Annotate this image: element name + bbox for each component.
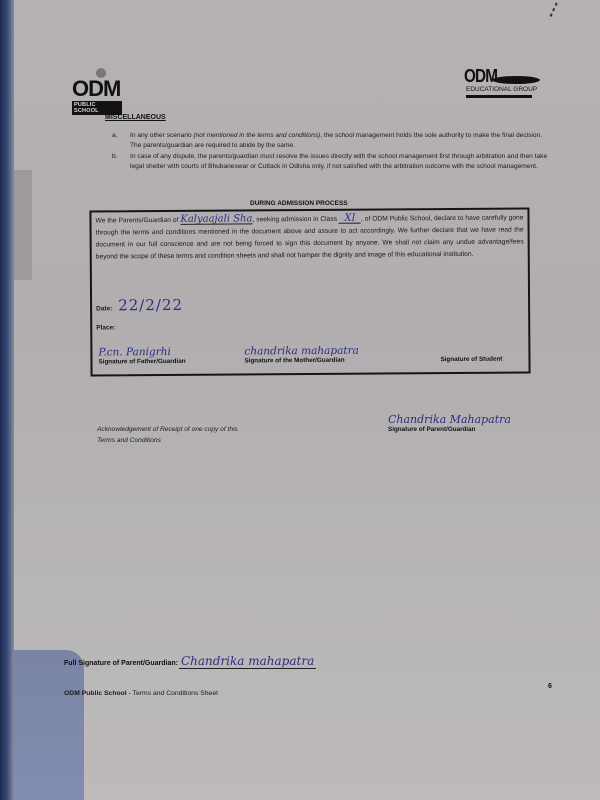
declaration-prefix: We the Parents/Guardian of bbox=[95, 217, 180, 225]
acknowledgement-signature-block: Chandrika Mahapatra Signature of Parent/… bbox=[388, 413, 511, 433]
miscellaneous-list: a. In any other scenario (not mentioned … bbox=[112, 131, 552, 173]
declaration-text: We the Parents/Guardian of Kalyaajali Sh… bbox=[95, 213, 523, 264]
date-field[interactable]: 22/2/22 bbox=[118, 296, 183, 314]
date-label: Date: bbox=[96, 305, 112, 312]
list-marker: a. bbox=[112, 131, 118, 141]
odm-educational-group-logo: ODM EDUCATIONAL GROUP bbox=[464, 66, 554, 110]
logo-right-name: ODM bbox=[464, 66, 497, 87]
date-row: Date: 22/2/22 bbox=[96, 296, 183, 315]
acknowledgement-text: Acknowledgement of Receipt of one copy o… bbox=[97, 424, 257, 446]
footer-org: ODM Public School bbox=[64, 690, 127, 697]
document-page bbox=[14, 0, 600, 800]
logo-tagline-bar bbox=[466, 95, 532, 98]
odm-public-school-logo: ODM PUBLIC SCHOOL bbox=[72, 68, 122, 112]
runner-swoosh-icon bbox=[492, 76, 540, 84]
father-signature-label: Signature of Father/Guardian bbox=[98, 358, 185, 366]
section-heading-miscellaneous: MISCELLANEOUS bbox=[105, 114, 166, 121]
logo-left-name: ODM bbox=[72, 76, 120, 102]
full-signature-row: Full Signature of Parent/Guardian:Chandr… bbox=[64, 654, 316, 669]
page-edge-tab bbox=[14, 170, 32, 280]
shadow bbox=[14, 650, 84, 800]
mother-signature[interactable]: chandrika mahapatra bbox=[244, 345, 359, 358]
full-signature-label: Full Signature of Parent/Guardian: bbox=[64, 660, 178, 667]
footer: ODM Public School - Terms and Conditions… bbox=[64, 690, 218, 697]
class-field[interactable]: XI bbox=[339, 214, 361, 224]
section-heading-admission: DURING ADMISSION PROCESS bbox=[250, 200, 348, 207]
acknowledgement-signature[interactable]: Chandrika Mahapatra bbox=[388, 413, 511, 426]
mother-signature-label: Signature of the Mother/Guardian bbox=[244, 357, 344, 365]
list-text: In any other scenario bbox=[130, 132, 193, 139]
student-signature-label: Signature of Student bbox=[440, 356, 502, 363]
father-signature[interactable]: P.cn. Panigrhi bbox=[98, 346, 171, 359]
list-marker: b. bbox=[112, 152, 118, 162]
full-signature-field[interactable]: Chandrika mahapatra bbox=[179, 654, 316, 669]
list-item: b. In case of any dispute, the parents/g… bbox=[112, 152, 552, 172]
page-number: 6 bbox=[548, 683, 552, 690]
declaration-middle: , seeking admission in Class bbox=[252, 216, 339, 224]
acknowledgement-signature-label: Signature of Parent/Guardian bbox=[388, 426, 511, 433]
pen-mark bbox=[548, 2, 557, 19]
student-name-field[interactable]: Kalyaajali Sha bbox=[180, 214, 252, 225]
footer-title: Terms and Conditions Sheet bbox=[133, 690, 218, 697]
place-row: Place: bbox=[96, 323, 115, 331]
declaration-box: We the Parents/Guardian of Kalyaajali Sh… bbox=[89, 207, 530, 376]
place-label: Place: bbox=[96, 324, 115, 331]
logo-left-subtitle: PUBLIC SCHOOL bbox=[72, 101, 122, 115]
list-text-italic: (not mentioned in the terms and conditio… bbox=[193, 132, 320, 139]
logo-right-subtitle: EDUCATIONAL GROUP bbox=[466, 86, 537, 93]
list-item: a. In any other scenario (not mentioned … bbox=[112, 131, 552, 151]
list-text: In case of any dispute, the parents/guar… bbox=[130, 153, 547, 170]
